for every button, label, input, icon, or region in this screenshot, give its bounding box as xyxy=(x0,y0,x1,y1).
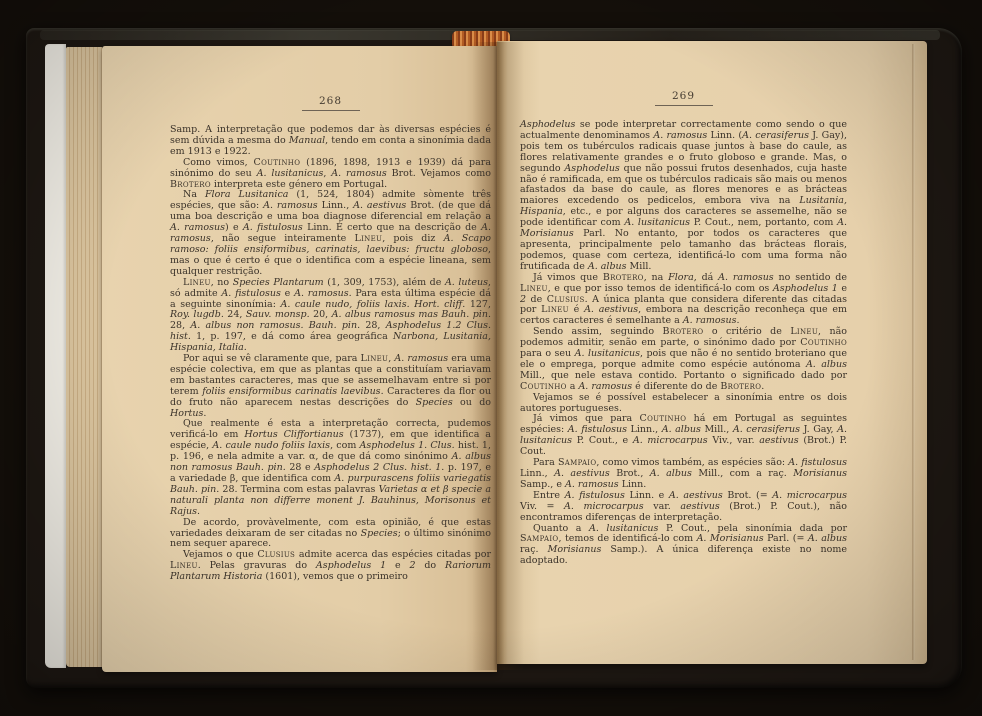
page-number-left: 268 xyxy=(170,95,491,107)
paragraph: Como vimos, Coutinho (1896, 1898, 1913 e… xyxy=(170,158,491,191)
paragraph: Entre A. fistulosus Linn. e A. aestivus … xyxy=(520,491,847,524)
paragraph: Samp. A interpretação que podemos dar às… xyxy=(170,125,491,158)
paragraph: Quanto a A. lusitanicus P. Cout., pela s… xyxy=(520,524,847,568)
right-page-body: Asphodelus se pode interpretar correctam… xyxy=(520,120,847,567)
book-photo: 268 Samp. A interpretação que podemos da… xyxy=(0,0,982,716)
paragraph: Que realmente é esta a interpretação cor… xyxy=(170,419,491,517)
paragraph: Para Sampaio, como vimos também, as espé… xyxy=(520,458,847,491)
paragraph: Por aqui se vê claramente que, para Line… xyxy=(170,354,491,419)
paragraph: Lineu, no Species Plantarum (1, 309, 175… xyxy=(170,278,491,354)
fore-edge-white-stack xyxy=(45,44,66,668)
right-page-text: 269 Asphodelus se pode interpretar corre… xyxy=(520,90,847,567)
left-page-text: 268 Samp. A interpretação que podemos da… xyxy=(170,95,491,583)
page-number-right: 269 xyxy=(520,90,847,102)
left-page-body: Samp. A interpretação que podemos dar às… xyxy=(170,125,491,583)
right-page-crease xyxy=(912,44,915,660)
paragraph: De acordo, provàvelmente, com esta opini… xyxy=(170,518,491,551)
paragraph: Já vimos que Brotero, na Flora, dá A. ra… xyxy=(520,273,847,328)
paragraph: Vejamos o que Clusius admite acerca das … xyxy=(170,550,491,583)
page-number-rule-right xyxy=(655,105,713,106)
paragraph: Sendo assim, seguindo Brotero o critério… xyxy=(520,327,847,392)
page-number-rule-left xyxy=(302,110,360,111)
paragraph: Vejamos se é possível estabelecer a sino… xyxy=(520,393,847,415)
paragraph: Asphodelus se pode interpretar correctam… xyxy=(520,120,847,273)
fore-edge-tan-stack xyxy=(66,47,102,667)
paragraph: Já vimos que para Coutinho há em Portuga… xyxy=(520,414,847,458)
paragraph: Na Flora Lusitanica (1, 524, 1804) admit… xyxy=(170,190,491,277)
